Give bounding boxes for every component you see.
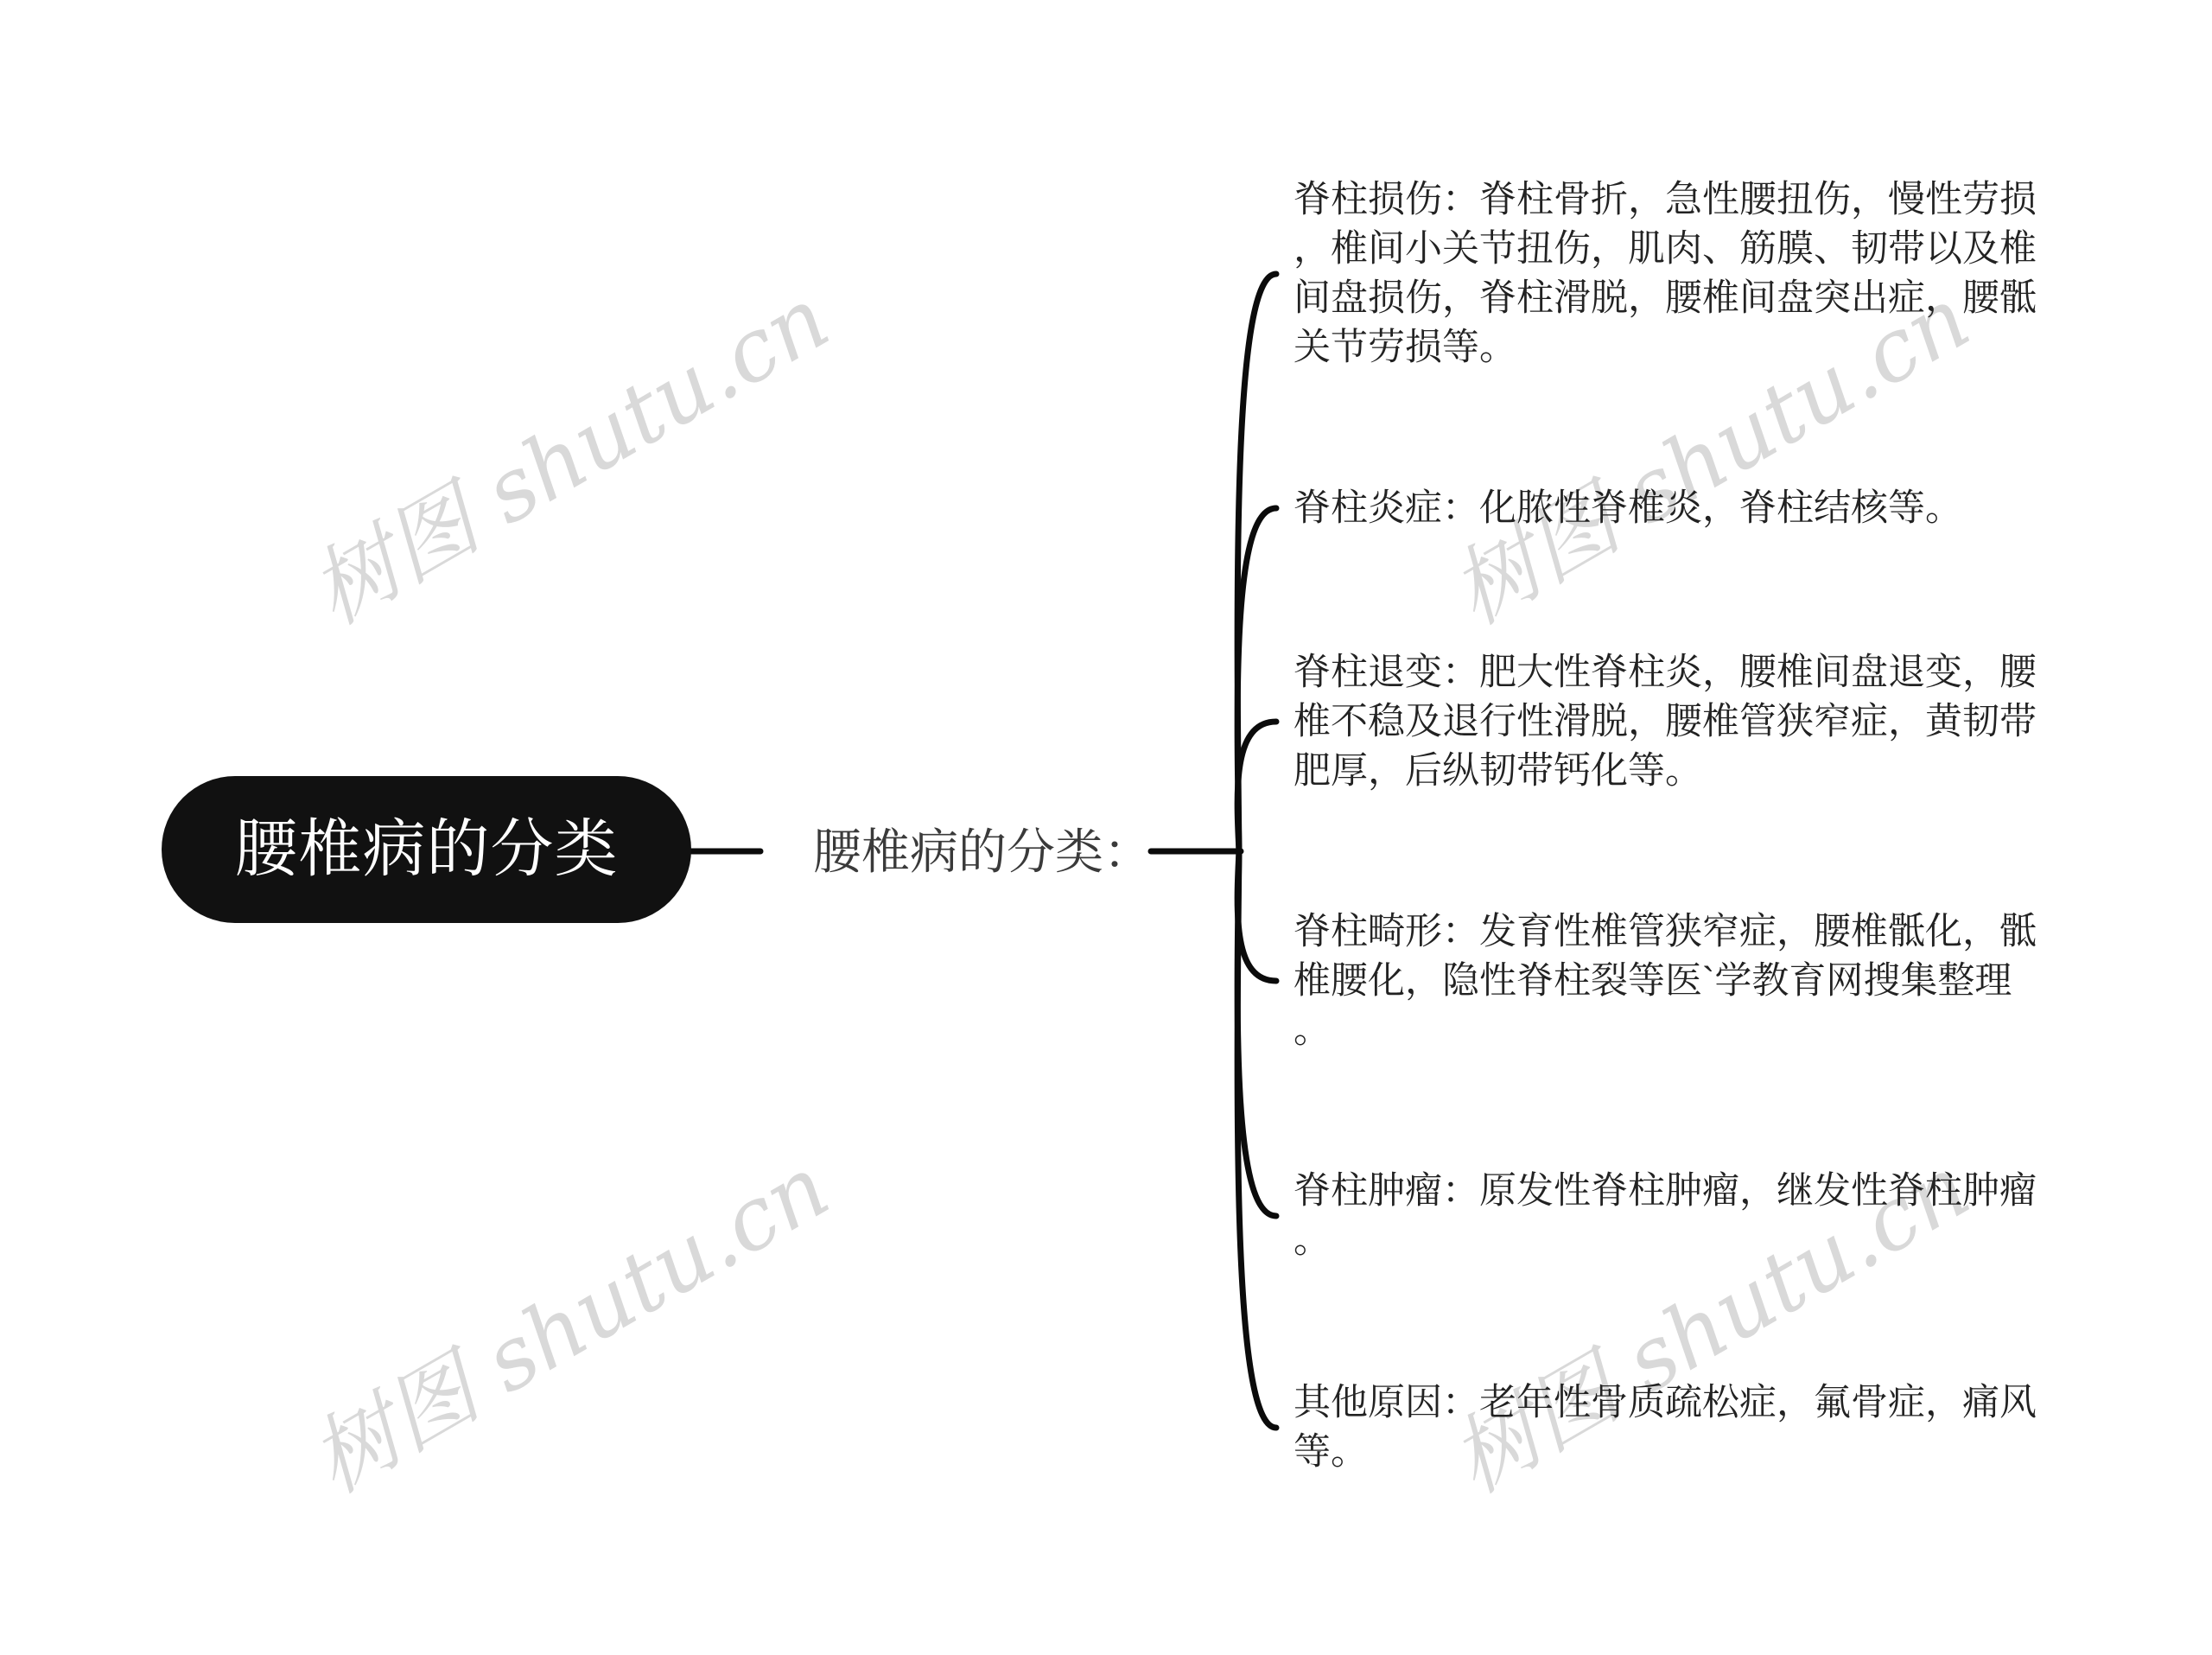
branch-curve-4: [1237, 851, 1276, 981]
mindmap-canvas: 树图 shutu.cn 树图 shutu.cn 树图 shutu.cn 树图 s…: [0, 0, 2212, 1655]
subtitle-node[interactable]: 腰椎病的分类：: [813, 814, 1152, 883]
branch-node-other-causes[interactable]: 其他原因：老年性骨质疏松症，氟骨症，痛风等。: [1294, 1378, 2042, 1477]
branch-curve-3: [1237, 722, 1276, 851]
branch-node-spine-deformity[interactable]: 脊柱畸形：发育性椎管狭窄症，腰椎骶化，骶椎腰化，隐性脊柱裂等医`学教育网搜集整理…: [1294, 907, 2042, 1055]
branch-node-spine-injury[interactable]: 脊柱损伤：脊柱骨折，急性腰扭伤，慢性劳损，椎间小关节扭伤，肌肉、筋膜、韧带以及椎…: [1294, 175, 2042, 372]
branch-node-spine-tumor[interactable]: 脊柱肿瘤：原发性脊柱肿瘤，继发性脊柱肿瘤。: [1294, 1167, 2042, 1265]
branch-curve-2: [1237, 508, 1276, 851]
branch-node-spine-degeneration[interactable]: 脊柱退变：肥大性脊柱炎，腰椎间盘退变，腰椎不稳及退行性滑脱，腰椎管狭窄症，黄韧带…: [1294, 648, 2042, 796]
root-node[interactable]: 腰椎病的分类: [162, 776, 691, 923]
branch-curve-5: [1237, 851, 1276, 1216]
branch-node-spine-inflammation[interactable]: 脊柱炎症：化脓性脊椎炎，脊柱结核等。: [1294, 484, 2042, 533]
branch-curve-1: [1237, 274, 1276, 851]
